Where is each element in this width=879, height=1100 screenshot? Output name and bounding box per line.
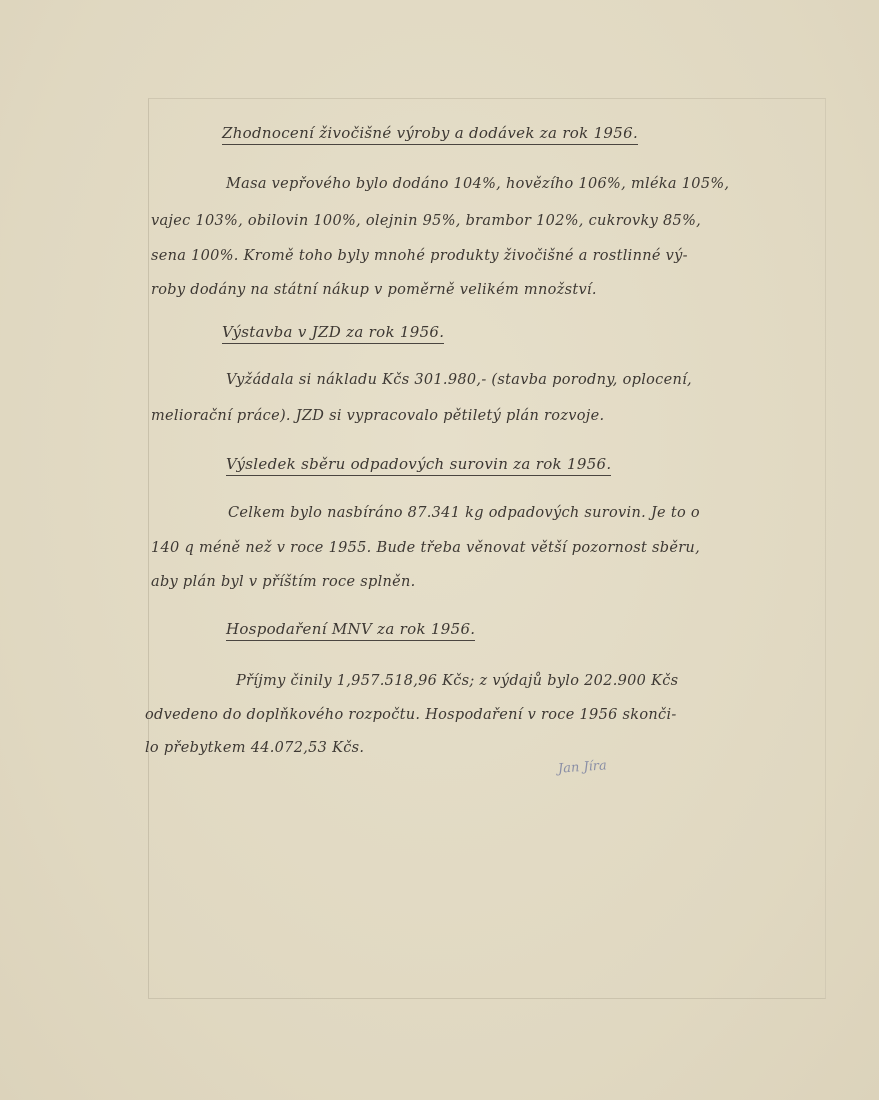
- text-line: aby plán byl v příštím roce splněn.: [151, 574, 416, 590]
- text-line: roby dodány na státní nákup v poměrně ve…: [151, 282, 597, 298]
- text-line: sena 100%. Kromě toho byly mnohé produkt…: [151, 248, 688, 264]
- text-line: Celkem bylo nasbíráno 87.341 kg odpadový…: [228, 505, 700, 521]
- text-line: odvedeno do doplňkového rozpočtu. Hospod…: [145, 707, 677, 723]
- section-heading: Výstavba v JZD za rok 1956.: [222, 323, 444, 344]
- text-line: vajec 103%, obilovin 100%, olejnin 95%, …: [151, 213, 701, 229]
- text-line: lo přebytkem 44.072,53 Kčs.: [145, 740, 364, 756]
- text-line: 140 q méně než v roce 1955. Bude třeba v…: [151, 540, 700, 556]
- text-line: Masa vepřového bylo dodáno 104%, hovězíh…: [226, 176, 729, 192]
- section-heading: Výsledek sběru odpadových surovin za rok…: [226, 455, 611, 476]
- section-heading: Zhodnocení živočišné výroby a dodávek za…: [222, 124, 638, 145]
- text-line: meliorační práce). JZD si vypracovalo pě…: [151, 408, 604, 424]
- text-line: Příjmy činily 1,957.518,96 Kčs; z výdajů…: [236, 673, 678, 689]
- section-heading: Hospodaření MNV za rok 1956.: [226, 620, 475, 641]
- text-line: Vyžádala si nákladu Kčs 301.980,- (stavb…: [226, 372, 692, 388]
